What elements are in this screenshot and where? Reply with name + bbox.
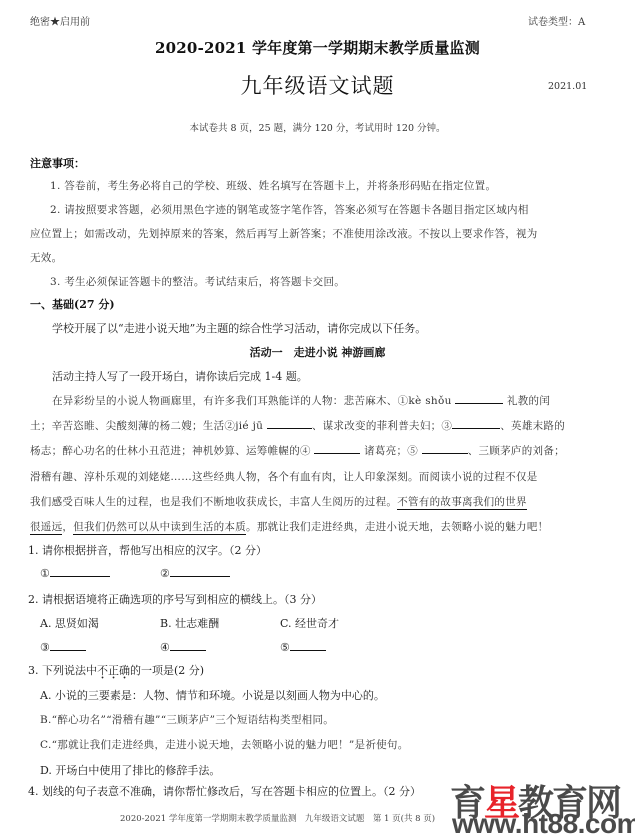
activity-intro: 活动主持人写了一段开场白，请你读后完成 1-4 题。 [52,368,308,384]
emphasis-char: 正 [108,664,119,677]
answer-line [50,640,86,651]
notice-heading: 注意事项： [30,155,85,171]
q1-blank-1: ① [40,566,110,580]
passage-text: 、三顾茅庐的刘备； [468,445,565,457]
notice-item-2-end: 无效。 [30,250,62,265]
blank-label: ① [40,567,50,580]
passage-line-5: 我们感受百味人生的过程，也是我们不断地收获成长，丰富人生阅历的过程。不管有的故事… [30,494,527,509]
passage-text: 、英雄末路的 [500,420,565,432]
section-intro: 学校开展了以“走进小说天地”为主题的综合性学习活动，请你完成以下任务。 [52,320,426,336]
answer-line [170,640,206,651]
passage-text: 诸葛亮；⑤ [364,445,418,457]
notice-item-2: 2. 请按照要求答题，必须用黑色字迹的钢笔或签字笔作答，答案必须写在答题卡各题目… [50,202,529,217]
confidential-label: 绝密★启用前 [30,13,90,28]
answer-line [170,566,230,577]
blank-5 [422,443,468,454]
passage-text: 在异彩纷呈的小说人物画廊里，有许多我们耳熟能详的人物：悲苦麻木、①kè shǒu [52,395,452,407]
watermark-url: www.ht88.com [452,808,635,837]
passage-line-4: 滑稽有趣、淳朴乐观的刘姥姥……这些经典人物，各个有血有肉，让人印象深刻。而阅读小… [30,469,538,484]
q2-option-c: C. 经世奇才 [280,615,339,631]
blank-2 [267,418,312,429]
notice-item-2-cont: 应位置上；如需改动，先划掉原来的答案，然后再写上新答案；不准使用涂改液。不按以上… [30,226,538,241]
stem-text: 的一项是(2 分) [130,664,204,677]
passage-line-2: 土；辛苦恣睢、尖酸刻薄的杨二嫂；生活②jié jū 、谋求改变的菲利普夫妇；③、… [30,418,565,433]
notice-item-1: 1. 答卷前，考生务必将自己的学校、班级、姓名填写在答题卡上，并将条形码贴在指定… [50,178,496,193]
q2-blank-5: ⑤ [280,640,326,654]
activity-title: 活动一 走进小说 神游画廊 [0,344,635,360]
blank-1 [455,393,503,404]
exam-summary: 本试卷共 8 页，25 题，满分 120 分，考试用时 120 分钟。 [0,120,635,134]
section-heading: 一、基础(27 分) [30,296,115,312]
question-1: 1. 请你根据拼音，帮他写出相应的汉字。（2 分） [28,542,267,558]
blank-label: ④ [160,641,170,654]
question-2: 2. 请根据语境将正确选项的序号写到相应的横线上。（3 分） [28,591,322,607]
underlined-sentence: 但我们仍然可以从中读到生活的本质 [73,521,246,535]
stem-text: 3. 下列说法中 [28,664,97,677]
q2-option-b: B. 壮志难酬 [160,615,219,631]
blank-label: ② [160,567,170,580]
exam-title: 2020-2021 学年度第一学期期末教学质量监测 [0,37,635,58]
passage-line-6: 很遥远，但我们仍然可以从中读到生活的本质。那就让我们走进经典，走进小说天地，去领… [30,519,548,534]
emphasis-char: 不 [97,664,108,677]
passage-text: ， [62,521,73,533]
passage-text: 礼教的闰 [507,395,550,407]
q3-option-c: C.“那就让我们走进经典，走进小说天地，去领略小说的魅力吧！”是祈使句。 [40,737,409,752]
passage-text: 杨志；醉心功名的仕林小丑范进；神机妙算、运筹帷幄的④ [30,445,311,457]
notice-item-3: 3. 考生必须保证答题卡的整洁。考试结束后，将答题卡交回。 [50,274,345,289]
blank-3 [452,418,500,429]
passage-line-1: 在异彩纷呈的小说人物画廊里，有许多我们耳熟能详的人物：悲苦麻木、①kè shǒu… [52,393,550,408]
passage-text: 土；辛苦恣睢、尖酸刻薄的杨二嫂；生活②jié jū [30,420,263,432]
blank-4 [314,443,360,454]
underlined-sentence: 不管有的故事离我们的世界 [397,496,527,510]
passage-text: 。那就让我们走进经典，走进小说天地，去领略小说的魅力吧！ [246,521,548,533]
q2-blank-3: ③ [40,640,86,654]
passage-text: 、谋求改变的菲利普夫妇；③ [312,420,452,432]
answer-line [50,566,110,577]
q3-option-b: B.“醉心功名”“滑稽有趣”“三顾茅庐”三个短语结构类型相同。 [40,712,334,727]
underlined-sentence: 很遥远 [30,521,62,535]
passage-text: 我们感受百味人生的过程，也是我们不断地收获成长，丰富人生阅历的过程。 [30,496,397,508]
q2-blank-4: ④ [160,640,206,654]
blank-label: ⑤ [280,641,290,654]
paper-type-label: 试卷类型：A [528,13,585,28]
page-footer: 2020-2021 学年度第一学期期末教学质量监测 九年级语文试题 第 1 页(… [120,812,435,824]
exam-date: 2021.01 [548,81,587,92]
question-3: 3. 下列说法中不正确的一项是(2 分) [28,662,204,678]
passage-line-3: 杨志；醉心功名的仕林小丑范进；神机妙算、运筹帷幄的④ 诸葛亮；⑤ 、三顾茅庐的刘… [30,443,565,458]
exam-subject-title: 九年级语文试题 [0,70,635,100]
q1-blank-2: ② [160,566,230,580]
emphasis-char: 确 [119,664,130,677]
q3-option-a: A. 小说的三要素是：人物、情节和环境。小说是以刻画人物为中心的。 [40,687,385,703]
q2-option-a: A. 思贤如渴 [40,615,99,631]
question-4: 4. 划线的句子表意不准确，请你帮忙修改后，写在答题卡相应的位置上。（2 分） [28,783,421,799]
answer-line [290,640,326,651]
blank-label: ③ [40,641,50,654]
q3-option-d: D. 开场白中使用了排比的修辞手法。 [40,762,220,778]
